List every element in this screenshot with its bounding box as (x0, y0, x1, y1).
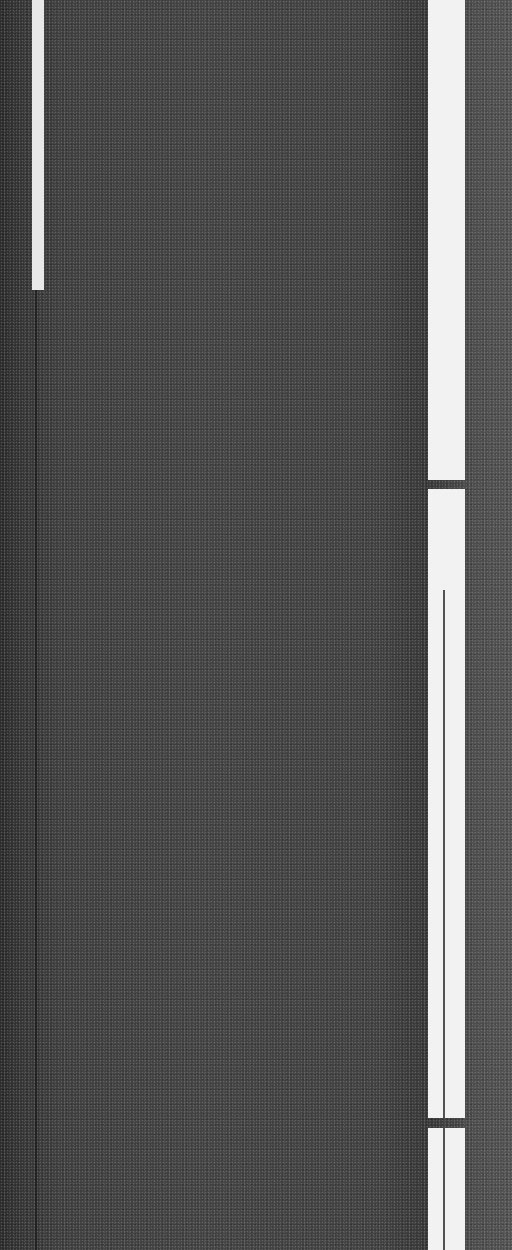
right-lane-line-segment (428, 0, 465, 480)
line-crack (443, 1128, 445, 1250)
pavement-crack (35, 290, 37, 1250)
asphalt-surface (0, 0, 512, 1250)
right-lane-line-segment (428, 489, 465, 1118)
left-lane-line (32, 0, 44, 290)
line-crack (443, 590, 445, 1118)
right-lane-line-segment (428, 1128, 465, 1250)
